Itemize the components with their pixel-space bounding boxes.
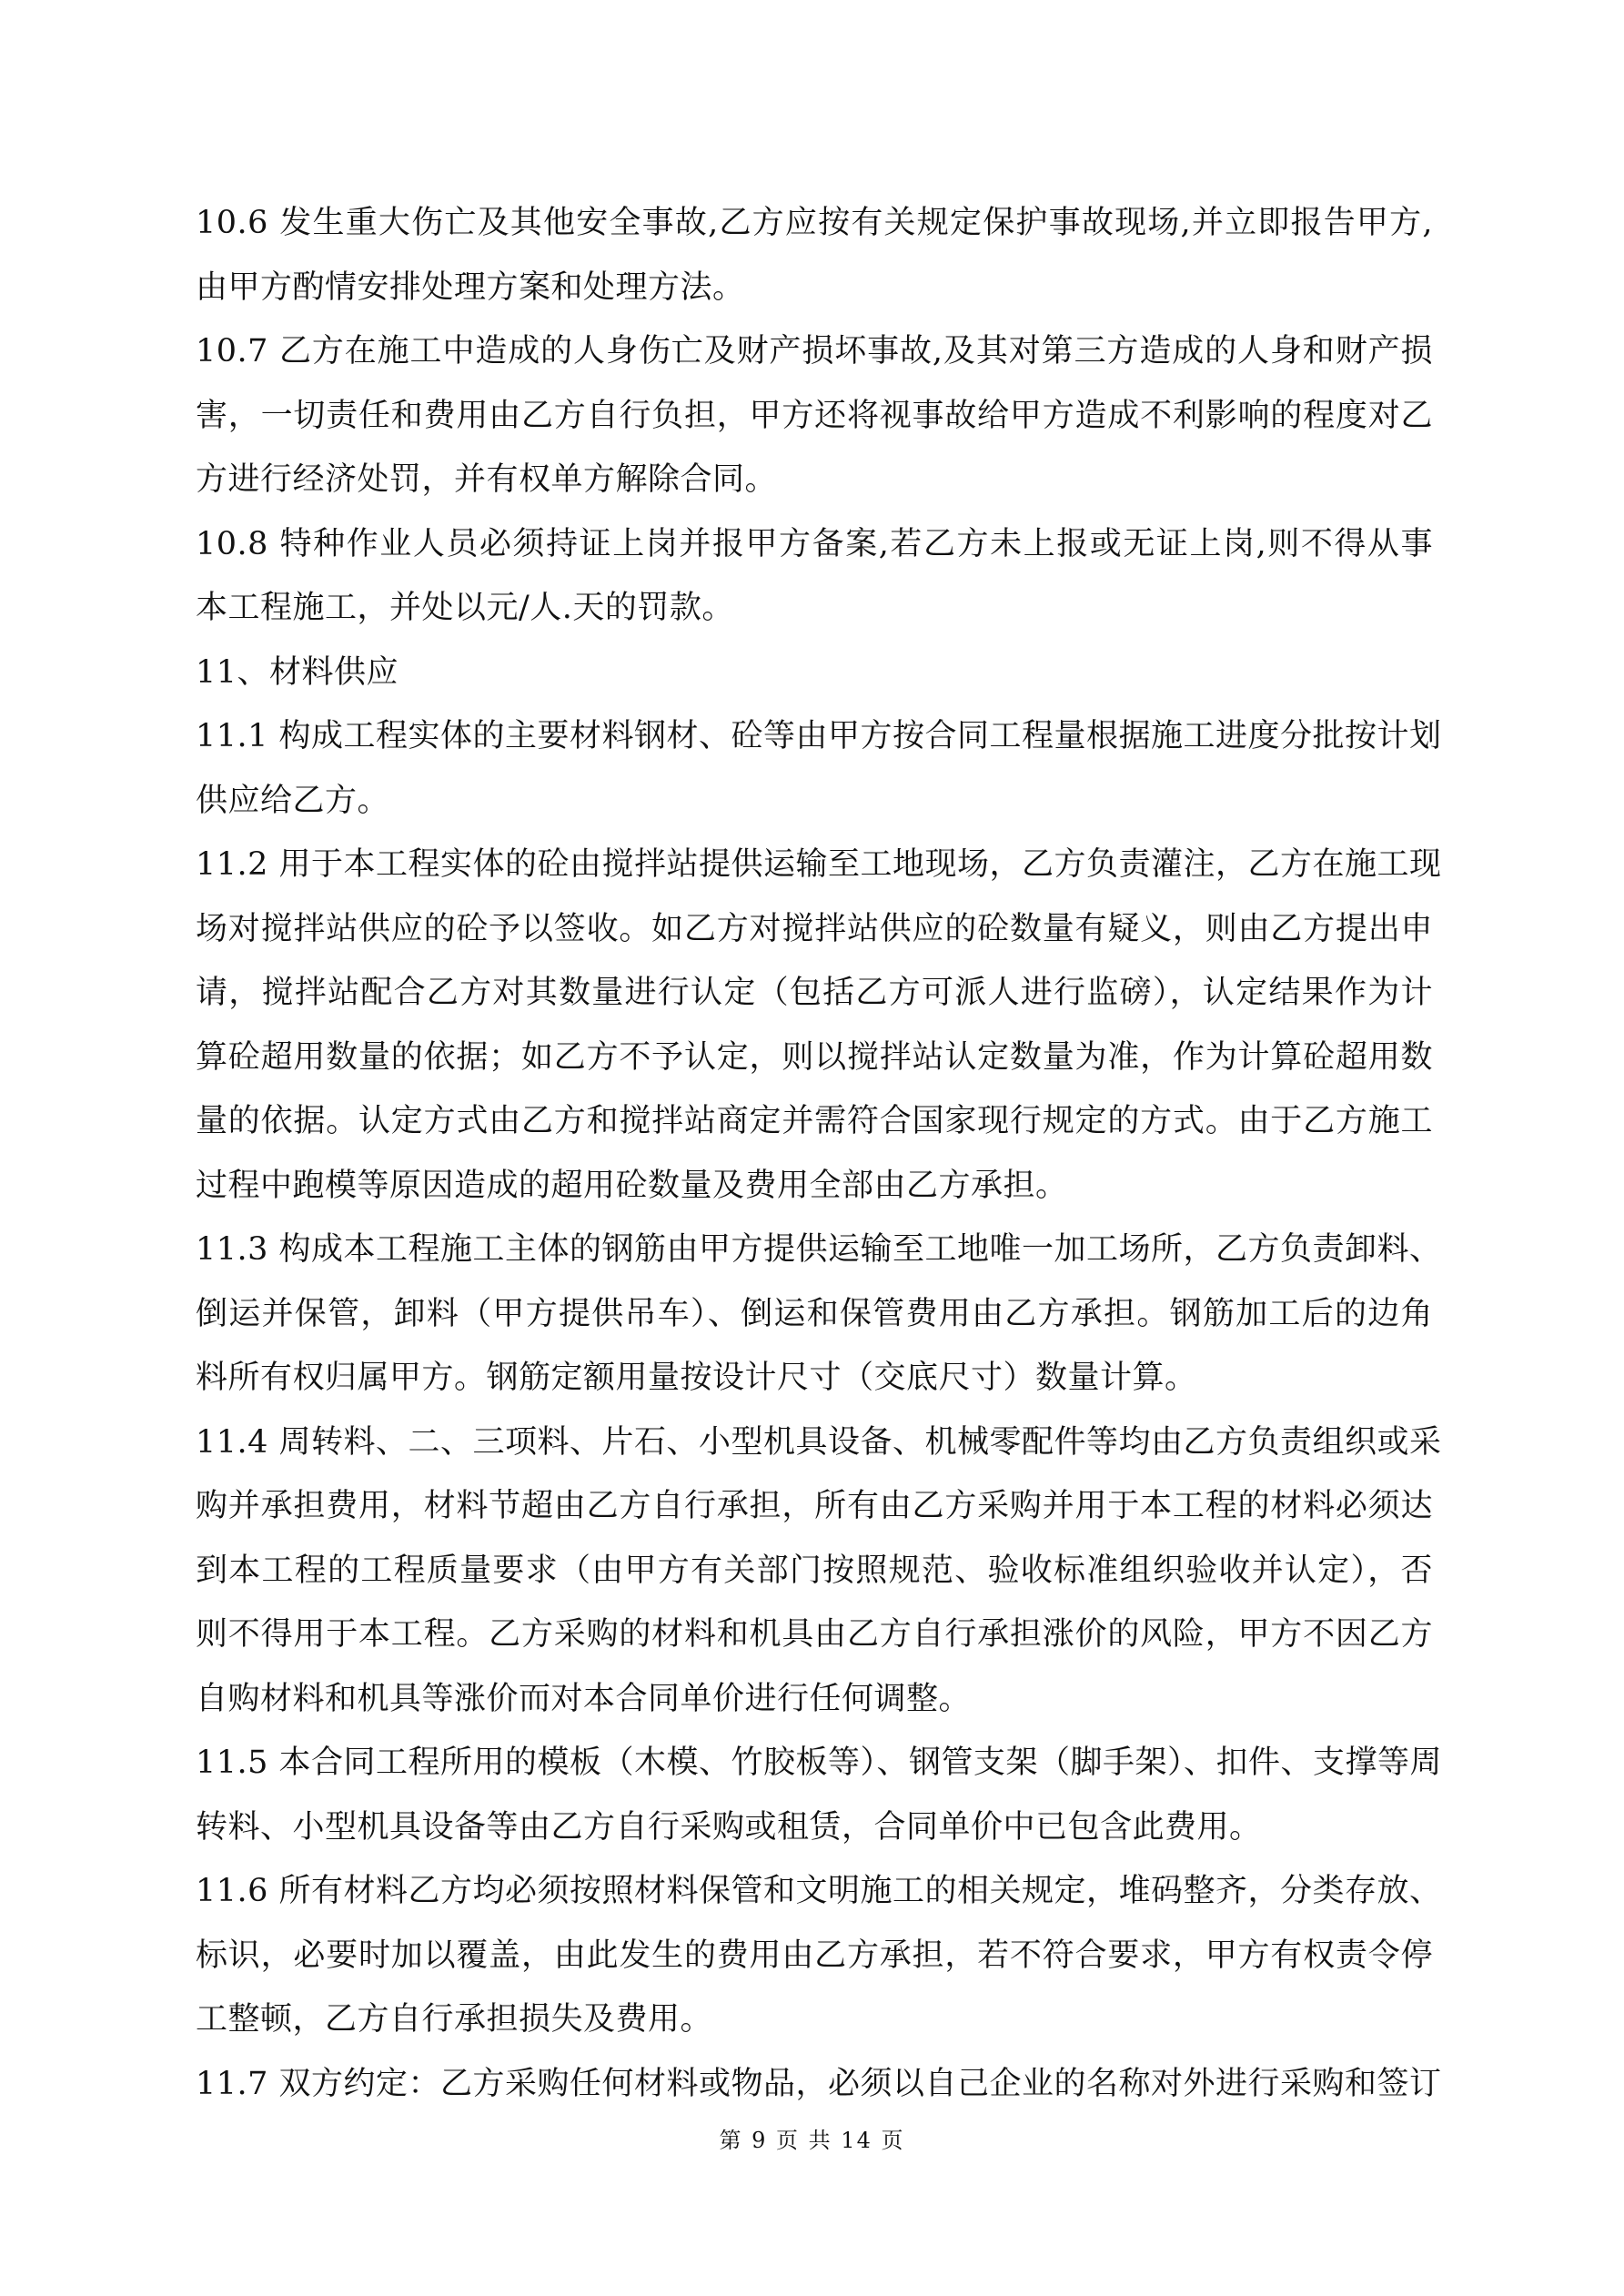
text-line: 11.5 本合同工程所用的模板（木模、竹胶板等）、钢管支架（脚手架）、扣件、支撑… xyxy=(196,1731,1433,1795)
text-line: 购并承担费用，材料节超由乙方自行承担，所有由乙方采购并用于本工程的材料必须达 xyxy=(196,1474,1433,1539)
text-line: 场对搅拌站供应的砼予以签收。如乙方对搅拌站供应的砼数量有疑义，则由乙方提出申 xyxy=(196,897,1433,962)
clause-11-6: 11.6 所有材料乙方均必须按照材料保管和文明施工的相关规定，堆码整齐，分类存放… xyxy=(196,1859,1433,2052)
page-number-footer: 第 9 页 共 14 页 xyxy=(0,2122,1624,2154)
text-line: 由甲方酌情安排处理方案和处理方法。 xyxy=(196,256,1433,320)
text-line: 11.2 用于本工程实体的砼由搅拌站提供运输至工地现场，乙方负责灌注，乙方在施工… xyxy=(196,833,1433,897)
text-line: 本工程施工，并处以元/人.天的罚款。 xyxy=(196,576,1433,641)
text-line: 请，搅拌站配合乙方对其数量进行认定（包括乙方可派人进行监磅），认定结果作为计 xyxy=(196,961,1433,1026)
clause-11-3: 11.3 构成本工程施工主体的钢筋由甲方提供运输至工地唯一加工场所，乙方负责卸料… xyxy=(196,1218,1433,1411)
text-line: 工整顿，乙方自行承担损失及费用。 xyxy=(196,1988,1433,2052)
text-line: 11.6 所有材料乙方均必须按照材料保管和文明施工的相关规定，堆码整齐，分类存放… xyxy=(196,1859,1433,1924)
text-line: 量的依据。认定方式由乙方和搅拌站商定并需符合国家现行规定的方式。由于乙方施工 xyxy=(196,1089,1433,1154)
clause-10-8: 10.8 特种作业人员必须持证上岗并报甲方备案,若乙方未上报或无证上岗,则不得从… xyxy=(196,512,1433,641)
clause-11-5: 11.5 本合同工程所用的模板（木模、竹胶板等）、钢管支架（脚手架）、扣件、支撑… xyxy=(196,1731,1433,1859)
text-line: 倒运并保管，卸料（甲方提供吊车）、倒运和保管费用由乙方承担。钢筋加工后的边角 xyxy=(196,1282,1433,1347)
text-line: 11.4 周转料、二、三项料、片石、小型机具设备、机械零配件等均由乙方负责组织或… xyxy=(196,1411,1433,1475)
text-line: 到本工程的工程质量要求（由甲方有关部门按照规范、验收标准组织验收并认定），否 xyxy=(196,1539,1433,1603)
text-line: 供应给乙方。 xyxy=(196,769,1433,834)
text-line: 过程中跑模等原因造成的超用砼数量及费用全部由乙方承担。 xyxy=(196,1154,1433,1219)
text-line: 自购材料和机具等涨价而对本合同单价进行任何调整。 xyxy=(196,1667,1433,1732)
text-line: 方进行经济处罚，并有权单方解除合同。 xyxy=(196,448,1433,512)
text-line: 10.8 特种作业人员必须持证上岗并报甲方备案,若乙方未上报或无证上岗,则不得从… xyxy=(196,512,1433,577)
text-line: 11.1 构成工程实体的主要材料钢材、砼等由甲方按合同工程量根据施工进度分批按计… xyxy=(196,704,1433,769)
clause-11-1: 11.1 构成工程实体的主要材料钢材、砼等由甲方按合同工程量根据施工进度分批按计… xyxy=(196,704,1433,833)
clause-11-7: 11.7 双方约定：乙方采购任何材料或物品，必须以自己企业的名称对外进行采购和签… xyxy=(196,2052,1433,2117)
section-11-heading: 11、材料供应 xyxy=(196,641,1433,705)
document-page: 10.6 发生重大伤亡及其他安全事故,乙方应按有关规定保护事故现场,并立即报告甲… xyxy=(0,0,1624,2296)
text-line: 害，一切责任和费用由乙方自行负担，甲方还将视事故给甲方造成不利影响的程度对乙 xyxy=(196,384,1433,449)
text-line: 料所有权归属甲方。钢筋定额用量按设计尺寸（交底尺寸）数量计算。 xyxy=(196,1346,1433,1411)
clause-10-7: 10.7 乙方在施工中造成的人身伤亡及财产损坏事故,及其对第三方造成的人身和财产… xyxy=(196,319,1433,512)
clause-10-6: 10.6 发生重大伤亡及其他安全事故,乙方应按有关规定保护事故现场,并立即报告甲… xyxy=(196,191,1433,319)
section-heading: 11、材料供应 xyxy=(196,641,1433,705)
text-line: 转料、小型机具设备等由乙方自行采购或租赁，合同单价中已包含此费用。 xyxy=(196,1795,1433,1860)
clause-11-2: 11.2 用于本工程实体的砼由搅拌站提供运输至工地现场，乙方负责灌注，乙方在施工… xyxy=(196,833,1433,1218)
text-line: 10.7 乙方在施工中造成的人身伤亡及财产损坏事故,及其对第三方造成的人身和财产… xyxy=(196,319,1433,384)
text-line: 11.3 构成本工程施工主体的钢筋由甲方提供运输至工地唯一加工场所，乙方负责卸料… xyxy=(196,1218,1433,1282)
text-line: 算砼超用数量的依据；如乙方不予认定，则以搅拌站认定数量为准，作为计算砼超用数 xyxy=(196,1026,1433,1090)
contract-body: 10.6 发生重大伤亡及其他安全事故,乙方应按有关规定保护事故现场,并立即报告甲… xyxy=(196,191,1433,2116)
text-line: 则不得用于本工程。乙方采购的材料和机具由乙方自行承担涨价的风险，甲方不因乙方 xyxy=(196,1603,1433,1667)
text-line: 11.7 双方约定：乙方采购任何材料或物品，必须以自己企业的名称对外进行采购和签… xyxy=(196,2052,1433,2117)
text-line: 标识，必要时加以覆盖，由此发生的费用由乙方承担，若不符合要求，甲方有权责令停 xyxy=(196,1924,1433,1988)
text-line: 10.6 发生重大伤亡及其他安全事故,乙方应按有关规定保护事故现场,并立即报告甲… xyxy=(196,191,1433,256)
clause-11-4: 11.4 周转料、二、三项料、片石、小型机具设备、机械零配件等均由乙方负责组织或… xyxy=(196,1411,1433,1732)
